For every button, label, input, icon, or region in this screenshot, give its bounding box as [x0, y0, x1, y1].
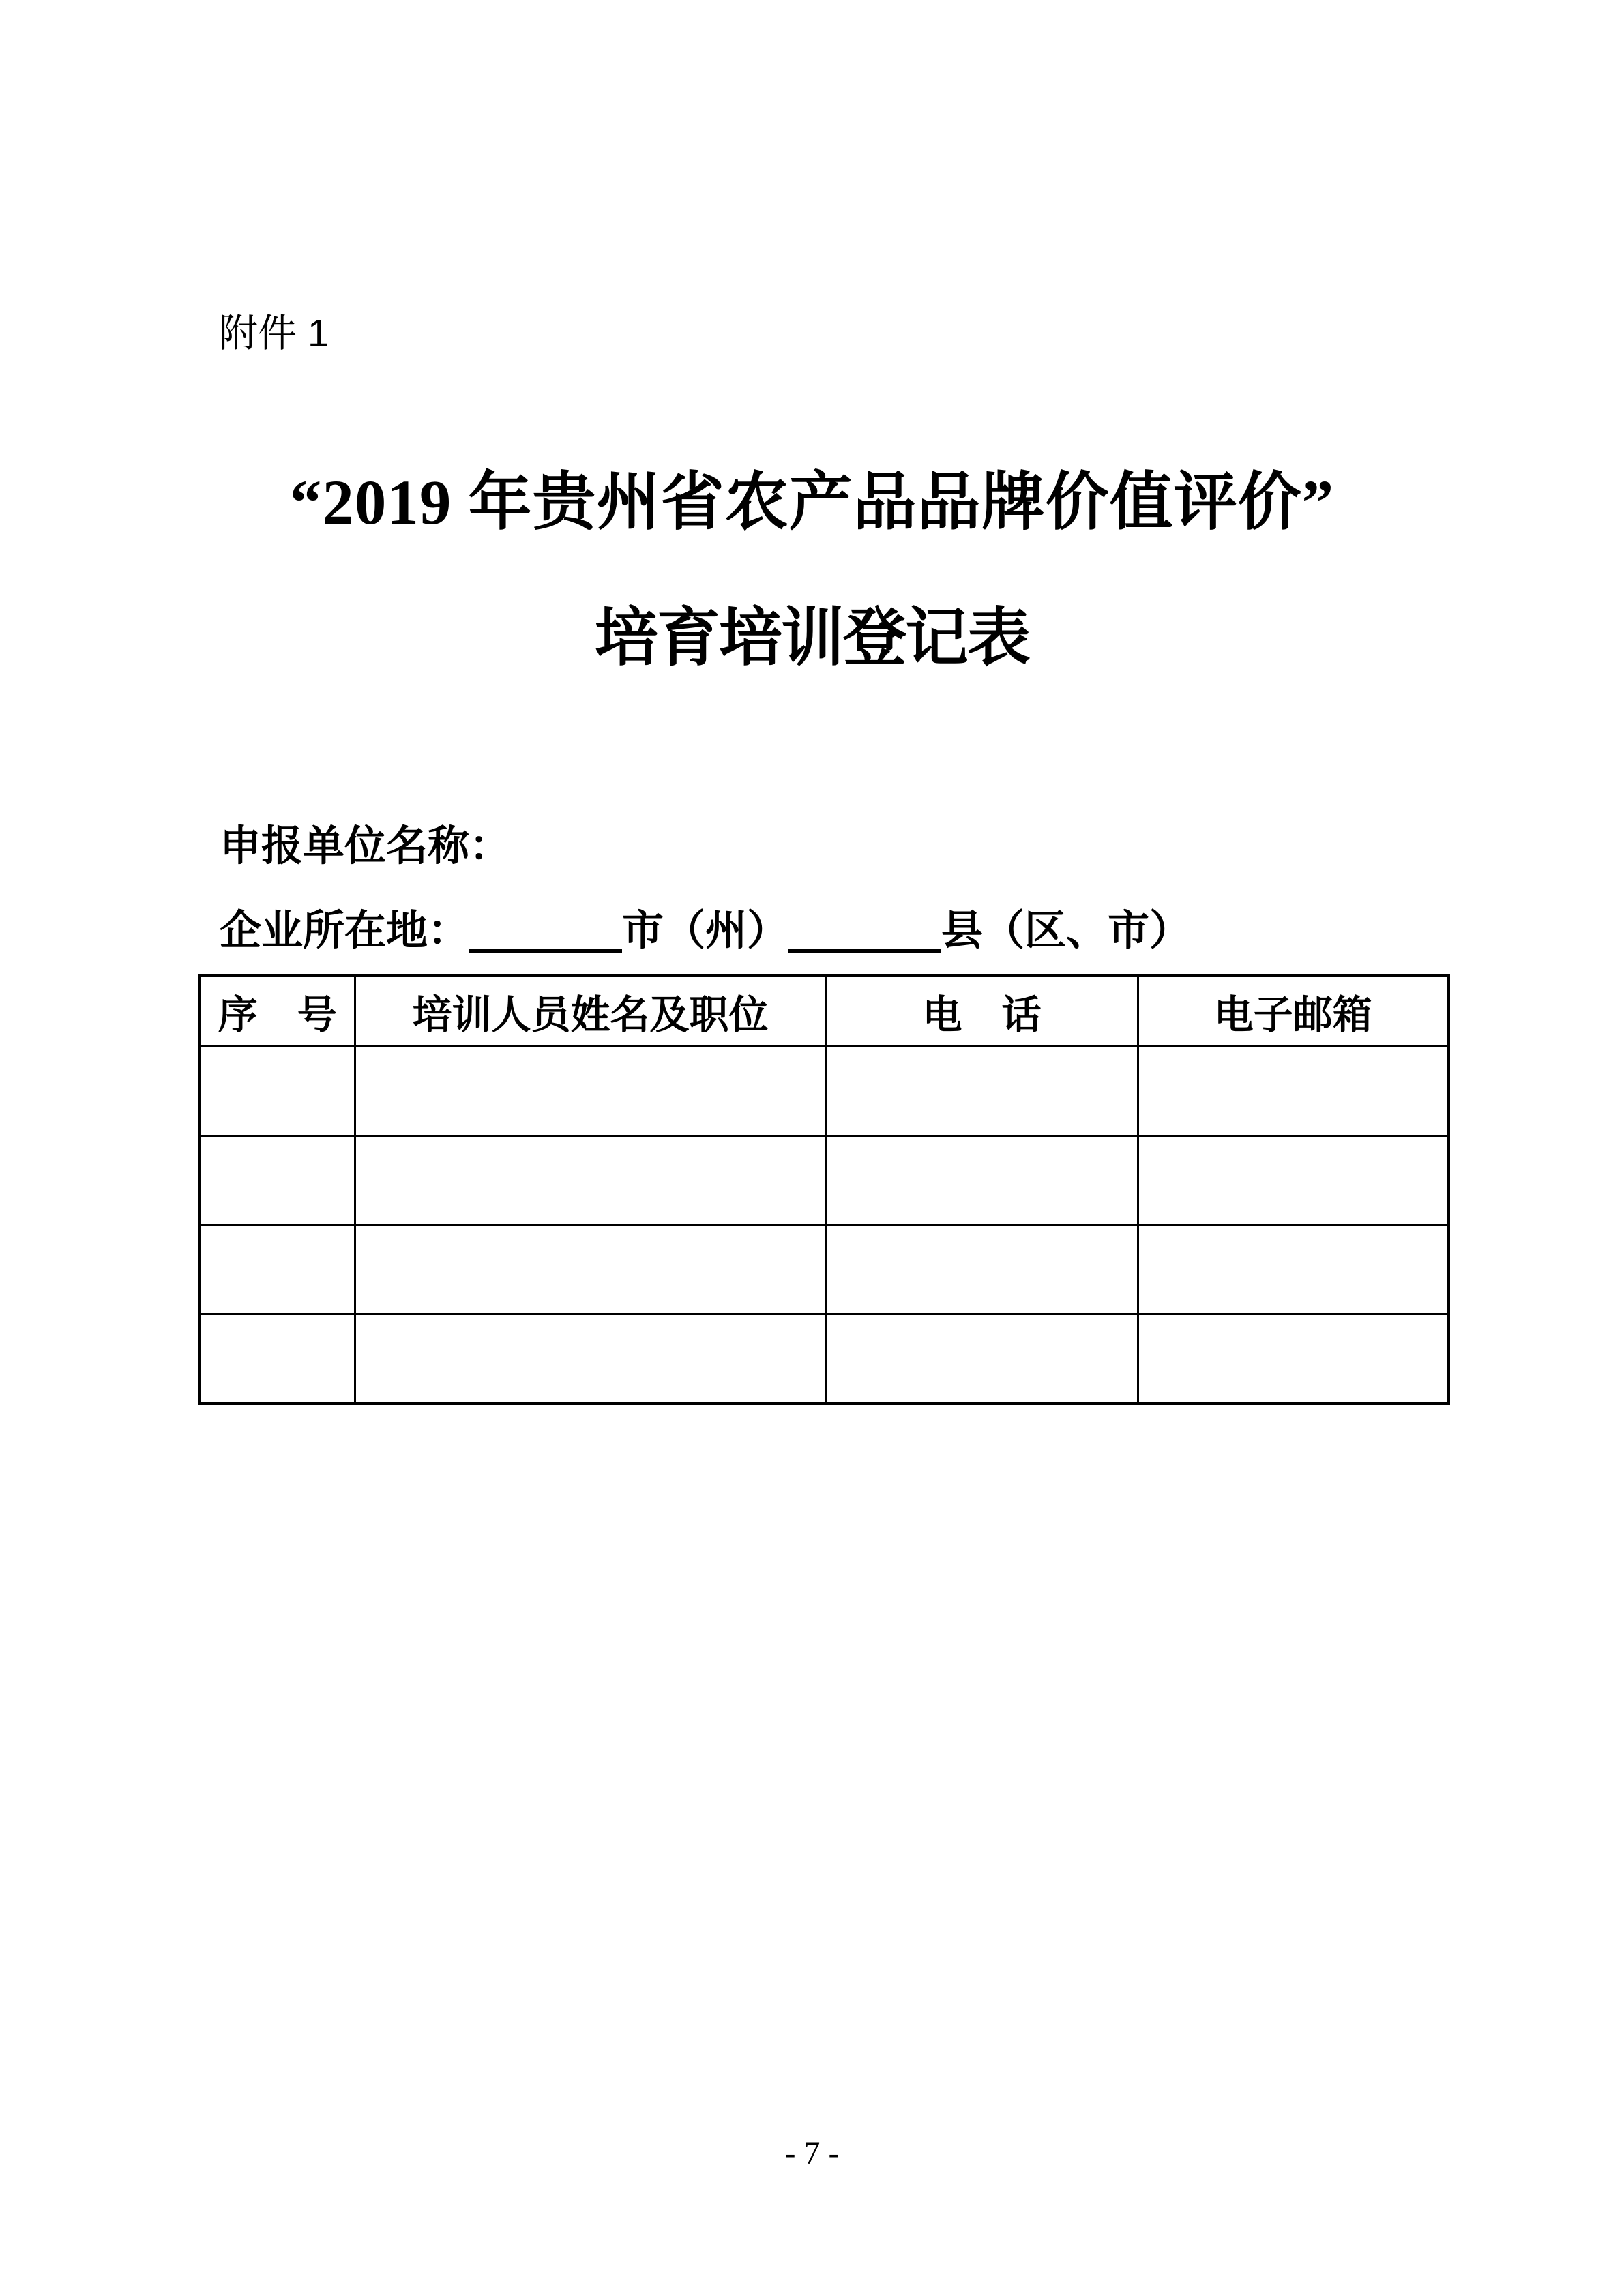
cell-email — [1138, 1135, 1449, 1225]
enterprise-location-line: 企业所在地：市（州）县（区、市） — [220, 897, 1191, 957]
city-blank-underline — [469, 913, 622, 953]
cell-serial — [200, 1225, 355, 1314]
training-registration-table: 序 号 培训人员姓名及职位 电 话 电子邮箱 — [198, 974, 1450, 1405]
header-email: 电子邮箱 — [1138, 976, 1449, 1046]
cell-serial — [200, 1314, 355, 1403]
header-trainee-name-position: 培训人员姓名及职位 — [355, 976, 826, 1046]
county-district-label: 县（区、市） — [941, 907, 1191, 953]
cell-phone — [826, 1046, 1138, 1135]
cell-name-position — [355, 1225, 826, 1314]
city-prefecture-label: 市（州） — [622, 907, 788, 953]
declaring-unit-line: 申报单位名称： — [220, 813, 511, 872]
table-row — [200, 1225, 1449, 1314]
cell-phone — [826, 1135, 1138, 1225]
cell-name-position — [355, 1135, 826, 1225]
cell-email — [1138, 1046, 1449, 1135]
cell-email — [1138, 1225, 1449, 1314]
declaring-unit-label: 申报单位名称： — [220, 822, 511, 869]
cell-name-position — [355, 1314, 826, 1403]
header-serial-number: 序 号 — [200, 976, 355, 1046]
page-number: - 7 - — [0, 2134, 1624, 2172]
table-row — [200, 1046, 1449, 1135]
enterprise-location-label: 企业所在地： — [220, 907, 469, 953]
document-title-line2: 培育培训登记表 — [0, 603, 1624, 676]
table-row — [200, 1314, 1449, 1403]
county-blank-underline — [788, 913, 941, 953]
cell-name-position — [355, 1046, 826, 1135]
cell-serial — [200, 1135, 355, 1225]
header-phone: 电 话 — [826, 976, 1138, 1046]
document-page: 附件 1 “2019 年贵州省农产品品牌价值评价” 培育培训登记表 申报单位名称… — [0, 0, 1624, 2296]
table-header-row: 序 号 培训人员姓名及职位 电 话 电子邮箱 — [200, 976, 1449, 1046]
cell-serial — [200, 1046, 355, 1135]
document-title-line1: “2019 年贵州省农产品品牌价值评价” — [0, 467, 1624, 540]
cell-phone — [826, 1225, 1138, 1314]
table-row — [200, 1135, 1449, 1225]
attachment-label: 附件 1 — [219, 310, 329, 357]
cell-email — [1138, 1314, 1449, 1403]
cell-phone — [826, 1314, 1138, 1403]
